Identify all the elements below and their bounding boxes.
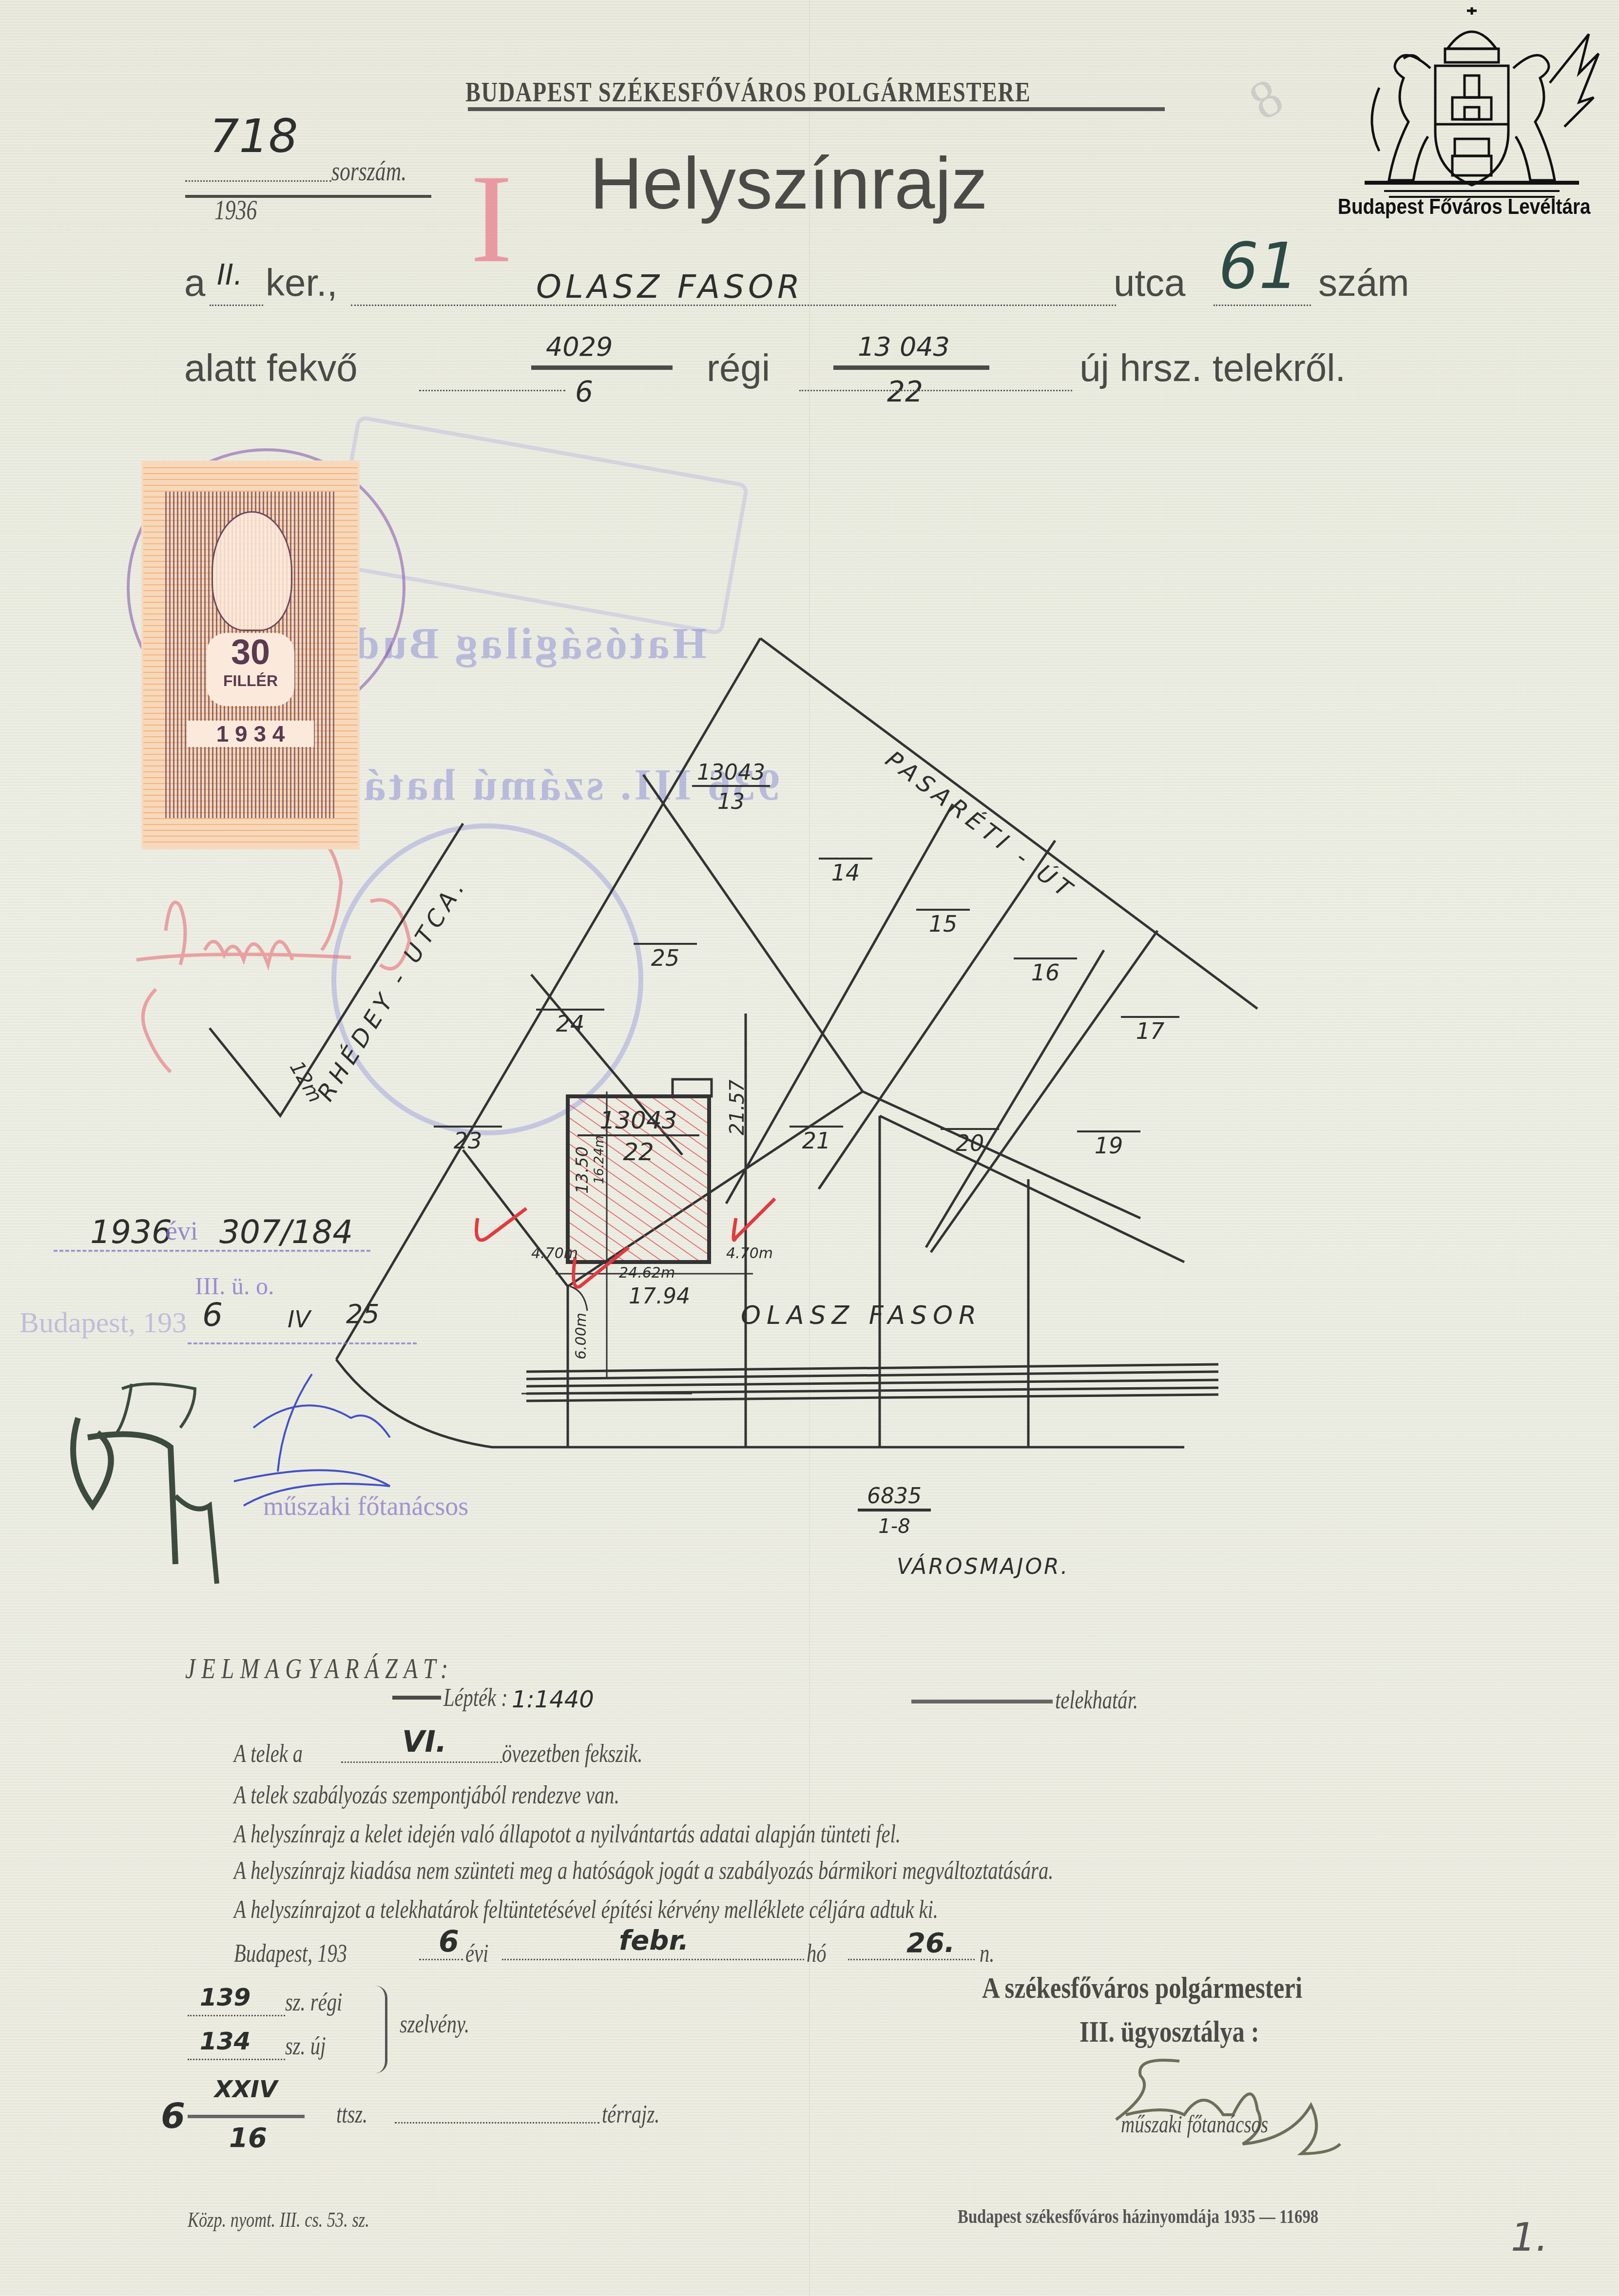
- parcel-19: 19: [1077, 1130, 1140, 1159]
- sheet-new-label: sz. új: [285, 2032, 326, 2061]
- footer-print-reference: Közp. nyomt. III. cs. 53. sz.: [188, 2207, 369, 2232]
- old-parcel-fraction-bar: [531, 365, 673, 370]
- issue-date-month: febr.: [619, 1925, 689, 1956]
- park-parcel-top: 6835: [858, 1484, 931, 1512]
- zone-suffix: övezetben fekszik.: [502, 1740, 642, 1768]
- legend-line-4: A helyszínrajzot a telekhatárok feltünte…: [234, 1895, 938, 1924]
- parcel-20: 20: [941, 1128, 999, 1156]
- sheet-old-number: 139: [200, 1983, 251, 2011]
- stamp-year: 1 9 3 4: [187, 721, 314, 747]
- parcel-23: 23: [434, 1126, 502, 1154]
- reg-day: 25: [346, 1299, 380, 1329]
- legend-line-2: A helyszínrajz a kelet idején való állap…: [234, 1820, 901, 1849]
- terrain-line: [395, 2122, 599, 2124]
- zone-value: VI.: [402, 1725, 447, 1759]
- district-value: II.: [217, 258, 243, 291]
- issue-date-year: 6: [439, 1925, 459, 1959]
- serial-year: 1936: [214, 195, 257, 226]
- legend-heading: JELMAGYARÁZAT:: [185, 1652, 454, 1685]
- sheet-new-number: 134: [200, 2027, 251, 2055]
- parcel-13-top: 13043: [692, 760, 770, 787]
- coat-of-arms-icon: [1335, 5, 1608, 200]
- subject-parcel-top: 13043: [578, 1106, 699, 1136]
- revenue-stamp: 30 FILLÉR 1 9 3 4: [141, 460, 360, 849]
- signatures: [49, 1359, 487, 1613]
- legend-line-3: A helyszínrajz kiadása nem szünteti meg …: [234, 1856, 1053, 1885]
- new-label: új hrsz. telekről.: [1079, 346, 1346, 390]
- sheet-old-label: sz. régi: [285, 1988, 342, 2017]
- reg-year-label: évi: [166, 1216, 198, 1246]
- serial-number: 718: [210, 110, 298, 163]
- street-value: OLASZ FASOR: [536, 268, 804, 306]
- zone-prefix: A telek a: [234, 1740, 303, 1768]
- dim-setback-right: 4.70m: [726, 1245, 773, 1262]
- map-sheet-fraction-bar: [188, 2115, 305, 2118]
- map-sheet-top: XXIV: [214, 2076, 277, 2103]
- map-sheet-prefix: 6: [161, 2095, 185, 2136]
- terrain-label: térrajz.: [602, 2100, 659, 2129]
- office-line-2: III. ügyosztálya :: [1079, 2015, 1259, 2049]
- street-label-varosmajor: VÁROSMAJOR.: [897, 1554, 1070, 1579]
- parcel-15: 15: [916, 909, 970, 937]
- dim-depth-right: 21.57: [726, 1079, 749, 1135]
- number-label: szám: [1318, 261, 1409, 305]
- sheet-bracket: [375, 1986, 387, 2073]
- stamp-unit: FILLÉR: [207, 672, 294, 690]
- house-number-line: [1214, 305, 1311, 306]
- serial-label: sorszám.: [331, 156, 406, 187]
- reg-line: [54, 1250, 370, 1252]
- document-title: Helyszínrajz: [590, 141, 988, 226]
- scale-bar: [392, 1696, 441, 1700]
- legend-line-1: A telek szabályozás szempontjából rendez…: [234, 1781, 619, 1810]
- old-parcel-line: [419, 390, 565, 391]
- issue-date-month-label: hó: [807, 1939, 827, 1968]
- dim-depth-left: 13.50: [573, 1147, 592, 1194]
- page-mark: 1.: [1511, 2215, 1548, 2260]
- boundary-line-sample: [911, 1700, 1053, 1703]
- dim-setback-left: 4.70m: [531, 1245, 578, 1262]
- old-parcel-bottom: 6: [575, 375, 593, 408]
- district-line: [210, 305, 263, 306]
- map-sheet-bottom: 16: [229, 2122, 267, 2154]
- office-signer-title: műszaki főtanácsos: [1121, 2110, 1268, 2138]
- street-label: utca: [1114, 261, 1185, 305]
- stamp-value: 30: [207, 633, 294, 672]
- issue-date-prefix: Budapest, 193: [234, 1939, 347, 1968]
- new-parcel-fraction-bar: [833, 365, 989, 370]
- boundary-label: telekhatár.: [1055, 1686, 1138, 1715]
- header-rule: [468, 107, 1165, 111]
- footer-printer: Budapest székesfőváros házinyomdája 1935…: [958, 2205, 1318, 2228]
- dim-front-setback: 6.00m: [573, 1313, 590, 1359]
- park-parcel-bottom: 1-8: [858, 1515, 931, 1538]
- reg-number: 307/184: [219, 1213, 353, 1251]
- old-parcel-top: 4029: [546, 331, 613, 362]
- district-label: ker.,: [266, 261, 337, 305]
- zone-line: [341, 1761, 502, 1763]
- sheet-old-line: [188, 2015, 285, 2016]
- reg-month: IV: [288, 1306, 310, 1333]
- office-signature: [1106, 2047, 1379, 2159]
- dim-front-width: 17.94: [629, 1284, 690, 1309]
- issue-date-month-line: [502, 1959, 804, 1960]
- issue-date-year-line: [419, 1959, 463, 1960]
- issue-date-day: 26.: [906, 1927, 955, 1959]
- parcel-17: 17: [1121, 1016, 1179, 1044]
- issue-date-day-label: n.: [980, 1939, 994, 1968]
- parcel-21: 21: [790, 1126, 843, 1154]
- parcel-25: 25: [634, 943, 697, 971]
- sheet-bracket-label: szelvény.: [400, 2010, 469, 2039]
- address-prefix: a: [184, 261, 205, 305]
- serial-line: [185, 180, 331, 182]
- office-line-1: A székesfőváros polgármesteri: [982, 1971, 1302, 2006]
- reg-date-line: [188, 1342, 417, 1344]
- scale-label: Lépték :: [443, 1684, 508, 1712]
- parcel-24: 24: [536, 1009, 604, 1037]
- dim-depth-left-inner: 16.24m: [592, 1135, 607, 1184]
- new-parcel-bottom: 22: [887, 375, 923, 408]
- issue-date-day-line: [848, 1959, 975, 1960]
- scale-value: 1:1440: [512, 1686, 594, 1713]
- map-sheet-label: ttsz.: [336, 2100, 367, 2129]
- parcel-14: 14: [819, 858, 872, 886]
- parcel-16: 16: [1014, 957, 1077, 986]
- located-label: alatt fekvő: [184, 346, 358, 390]
- house-number: 61: [1218, 229, 1299, 303]
- dim-building-width: 24.62m: [619, 1264, 675, 1282]
- old-label: régi: [707, 346, 770, 390]
- issuing-authority: BUDAPEST SZÉKESFŐVÁROS POLGÁRMESTERE: [465, 76, 1031, 108]
- reg-year: 1936: [90, 1213, 172, 1251]
- reg-signer-title: műszaki főtanácsos: [263, 1491, 468, 1521]
- reg-year-digit: 6: [202, 1296, 223, 1334]
- new-parcel-top: 13 043: [858, 331, 950, 362]
- reg-place: Budapest, 193: [19, 1306, 187, 1339]
- stamp-value-box: 30 FILLÉR: [207, 633, 294, 706]
- red-roman-mark: I: [470, 146, 513, 292]
- street-label-olasz: OLASZ FASOR: [741, 1301, 982, 1330]
- stamp-crown-emblem: [212, 511, 292, 631]
- new-parcel-line: [799, 390, 1072, 391]
- parcel-13-bottom: 13: [692, 789, 770, 814]
- archive-name: Budapest Főváros Levéltára: [1338, 195, 1591, 219]
- issue-date-year-label: évi: [465, 1939, 488, 1968]
- sheet-new-line: [188, 2059, 285, 2060]
